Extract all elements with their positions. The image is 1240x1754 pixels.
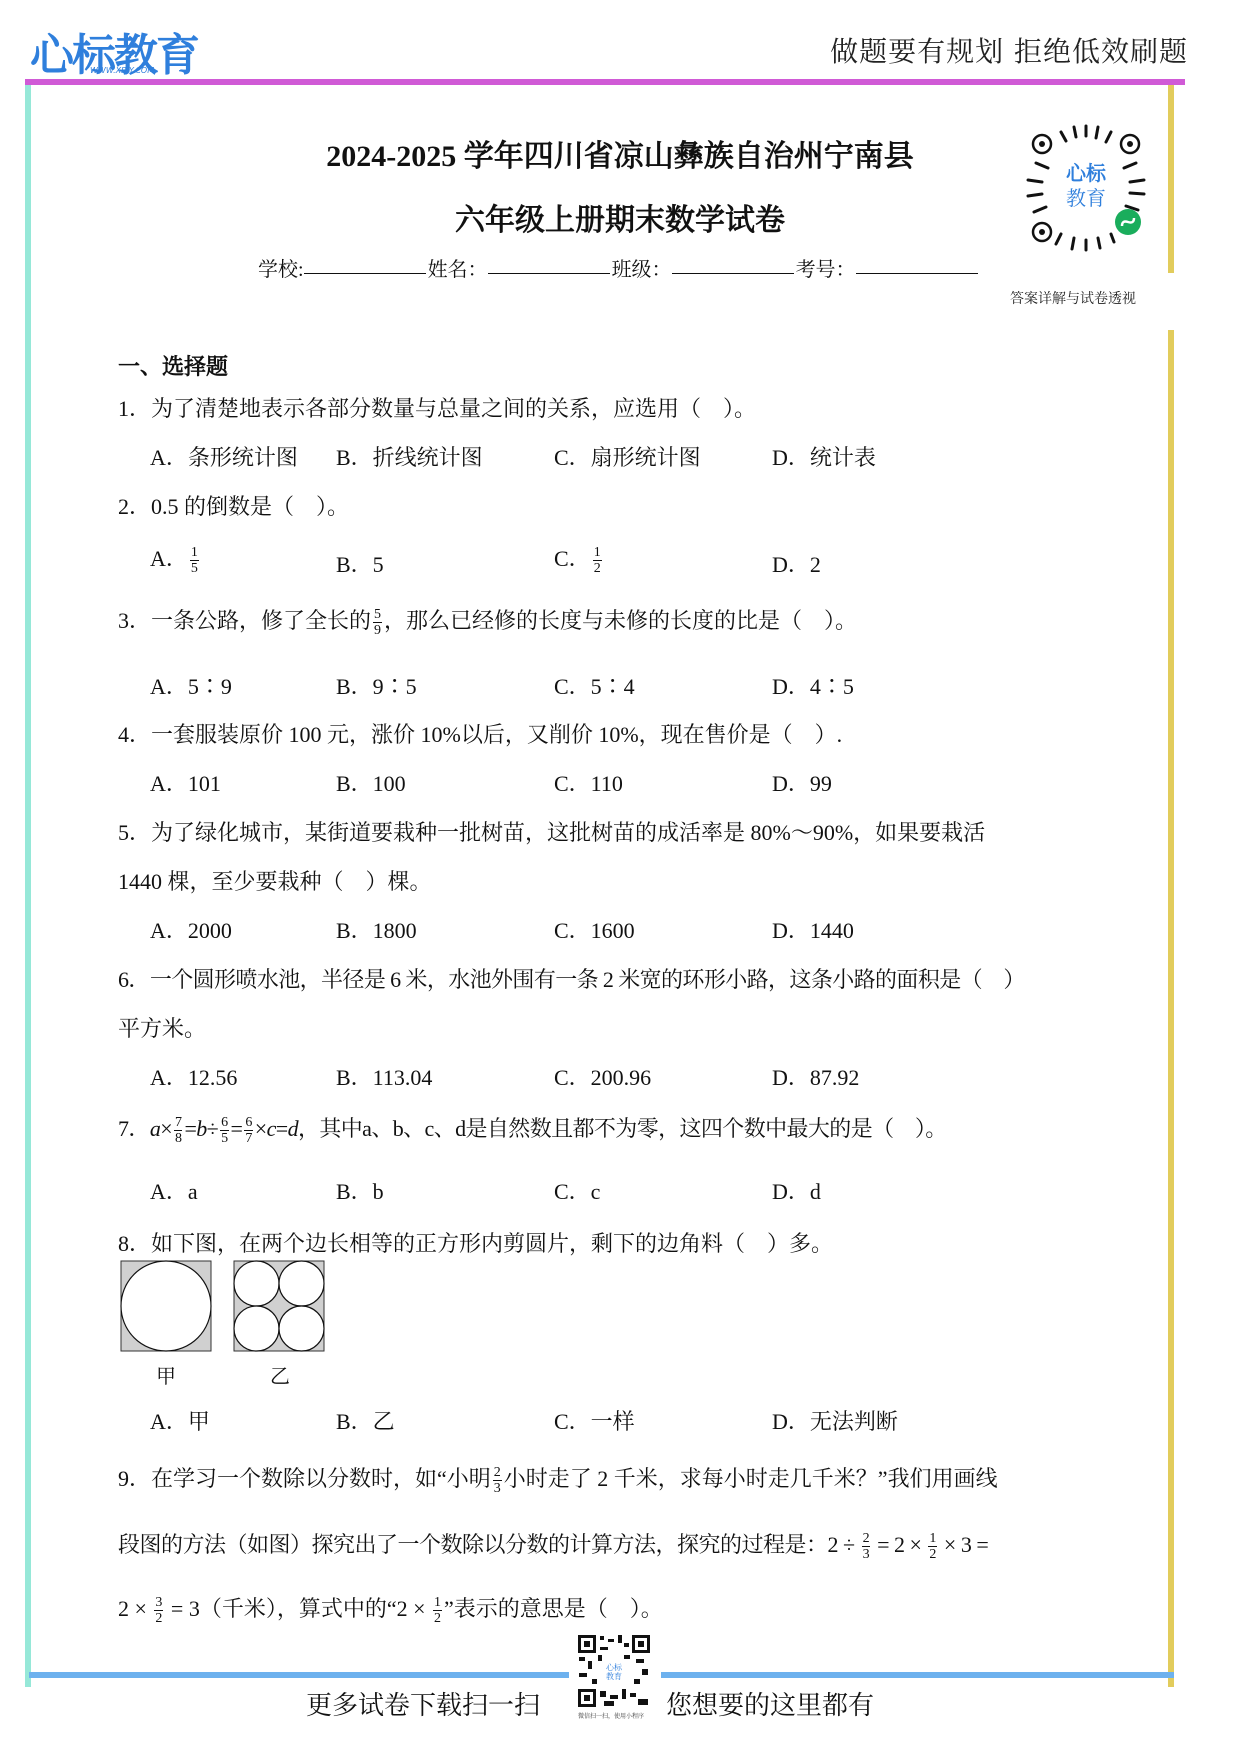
- question-8: 8．如下图，在两个边长相等的正方形内剪圆片，剩下的边角料（ ）多。: [118, 1227, 833, 1258]
- q8-option-a[interactable]: A．甲: [150, 1405, 210, 1436]
- numerator: 6: [220, 1115, 228, 1131]
- denominator: 3: [494, 1481, 501, 1496]
- equals-sign: =: [276, 1116, 288, 1141]
- right-border: [1168, 85, 1174, 273]
- fraction: 65: [220, 1115, 228, 1146]
- left-border: [25, 85, 31, 1687]
- q6-option-b[interactable]: B．113.04: [336, 1061, 432, 1092]
- svg-text:心标: 心标: [1066, 161, 1107, 185]
- fraction: 23: [862, 1531, 871, 1562]
- q2-option-c[interactable]: C．12: [554, 542, 604, 576]
- numerator: 3: [154, 1595, 163, 1611]
- question-4: 4．一套服装原价 100 元，涨价 10%以后，又削价 10%，现在售价是（ ）…: [118, 718, 842, 749]
- var-b: b: [196, 1116, 206, 1141]
- times-sign: ×: [255, 1116, 267, 1141]
- question-5: 5．为了绿化城市，某街道要栽种一批树苗，这批树苗的成活率是 80%～90%，如果…: [118, 816, 985, 847]
- var-d: d: [288, 1116, 298, 1141]
- question-number: 7．: [118, 1116, 150, 1141]
- question-text: ，其中a、b、c、d是自然数且都不为零，这四个数中最大的是（ ）。: [298, 1116, 947, 1141]
- question-text: ，那么已经修的长度与未修的长度的比是（ ）。: [384, 608, 857, 633]
- question-number: 4．: [118, 722, 151, 747]
- q7-option-b[interactable]: B．b: [336, 1175, 384, 1206]
- field-name-blank[interactable]: [488, 253, 610, 274]
- field-class-blank[interactable]: [672, 253, 794, 274]
- option-label: A．: [150, 546, 188, 571]
- question-text: 如下图，在两个边长相等的正方形内剪圆片，剩下的边角料（ ）多。: [151, 1231, 833, 1256]
- q7-option-d[interactable]: D．d: [772, 1175, 821, 1206]
- q5-option-b[interactable]: B．1800: [336, 914, 417, 945]
- numerator: 1: [928, 1531, 937, 1547]
- field-name-label: 姓名：: [428, 253, 488, 282]
- denominator: 2: [594, 561, 601, 576]
- question-text: 0.5 的倒数是（ ）。: [151, 494, 349, 519]
- times-sign: ×: [160, 1116, 172, 1141]
- q5-option-d[interactable]: D．1440: [772, 914, 854, 945]
- denominator: 5: [221, 1131, 227, 1146]
- q1-option-c[interactable]: C．扇形统计图: [554, 441, 701, 472]
- question-5-line2: 1440 棵，至少要栽种（ ）棵。: [118, 865, 432, 896]
- denominator: 8: [175, 1131, 181, 1146]
- question-text: × 3 =: [939, 1532, 988, 1557]
- download-qr-icon[interactable]: 心标 教育: [576, 1633, 652, 1709]
- svg-text:教育: 教育: [1066, 186, 1106, 210]
- q7-option-a[interactable]: A．a: [150, 1175, 198, 1206]
- numerator: 7: [174, 1115, 182, 1131]
- numerator: 2: [862, 1531, 871, 1547]
- brand-logo: 心标教育 WWW.XBJY.COM: [30, 26, 198, 78]
- question-6-line2: 平方米。: [118, 1012, 206, 1043]
- question-number: 8．: [118, 1231, 151, 1256]
- question-text: = 2 ×: [872, 1532, 926, 1557]
- qr-caption: 答案详解与试卷透视: [1010, 288, 1136, 308]
- numerator: 1: [433, 1595, 442, 1611]
- q4-option-a[interactable]: A．101: [150, 767, 221, 798]
- question-text: 一个圆形喷水池，半径是 6 米，水池外围有一条 2 米宽的环形小路，这条小路的面…: [150, 967, 1025, 992]
- q6-option-c[interactable]: C．200.96: [554, 1061, 651, 1092]
- q5-option-a[interactable]: A．2000: [150, 914, 232, 945]
- footer-right-text: 您想要的这里都有: [666, 1685, 874, 1722]
- denominator: 9: [374, 623, 381, 638]
- logo-url: WWW.XBJY.COM: [90, 66, 154, 75]
- question-number: 5．: [118, 820, 151, 845]
- q8-figure: 甲 乙: [120, 1260, 326, 1359]
- q6-option-a[interactable]: A．12.56: [150, 1061, 237, 1092]
- q1-option-b[interactable]: B．折线统计图: [336, 441, 483, 472]
- q3-option-d[interactable]: D．4∶5: [772, 670, 854, 701]
- var-a: a: [150, 1116, 160, 1141]
- question-text: 在学习一个数除以分数时，如“小明: [151, 1466, 491, 1491]
- question-number: 3．: [118, 608, 151, 633]
- figure-label-jia: 甲: [156, 1360, 176, 1389]
- question-number: 9．: [118, 1466, 151, 1491]
- option-label: C．: [554, 546, 591, 571]
- question-text: ”表示的意思是（ ）。: [444, 1596, 663, 1621]
- numerator: 1: [593, 545, 602, 561]
- right-border: [1168, 330, 1174, 1687]
- q4-option-b[interactable]: B．100: [336, 767, 406, 798]
- q2-option-a[interactable]: A．15: [150, 542, 201, 576]
- question-2: 2．0.5 的倒数是（ ）。: [118, 490, 349, 521]
- figure-label-yi: 乙: [270, 1360, 290, 1389]
- numerator: 1: [190, 545, 199, 561]
- var-c: c: [267, 1116, 276, 1141]
- q3-option-c[interactable]: C．5∶4: [554, 670, 635, 701]
- field-id-blank[interactable]: [856, 253, 978, 274]
- q2-option-d[interactable]: D．2: [772, 548, 821, 579]
- q1-option-a[interactable]: A．条形统计图: [150, 441, 298, 472]
- q5-option-c[interactable]: C．1600: [554, 914, 635, 945]
- q3-option-b[interactable]: B．9∶5: [336, 670, 417, 701]
- question-9-line3: 2 × 32 = 3（千米），算式中的“2 × 12”表示的意思是（ ）。: [118, 1592, 663, 1626]
- question-number: 2．: [118, 494, 151, 519]
- fraction: 12: [593, 545, 602, 576]
- student-info-fields: 学校: 姓名： 班级： 考号：: [258, 253, 980, 282]
- q8-option-d[interactable]: D．无法判断: [772, 1405, 898, 1436]
- denominator: 2: [155, 1611, 162, 1626]
- question-number: 1．: [118, 396, 151, 421]
- field-school-label: 学校:: [258, 253, 304, 282]
- q4-option-c[interactable]: C．110: [554, 767, 623, 798]
- q4-option-d[interactable]: D．99: [772, 767, 832, 798]
- question-text: 一条公路，修了全长的: [151, 608, 371, 633]
- fraction: 15: [190, 545, 199, 576]
- question-text: 段图的方法（如图）探究出了一个数除以分数的计算方法，探究的过程是：2 ÷: [118, 1532, 860, 1557]
- denominator: 5: [191, 561, 198, 576]
- svg-text:心标: 心标: [606, 1662, 623, 1672]
- fraction: 32: [154, 1595, 163, 1626]
- q8-option-b[interactable]: B．乙: [336, 1405, 395, 1436]
- equals-sign: =: [184, 1116, 196, 1141]
- fraction: 67: [244, 1115, 252, 1146]
- question-text: 小时走了 2 千米，求每小时走几千米？”我们用画线: [504, 1466, 998, 1491]
- numerator: 6: [244, 1115, 252, 1131]
- denominator: 3: [863, 1547, 870, 1562]
- footer-left-text: 更多试卷下载扫一扫: [306, 1685, 540, 1722]
- q1-option-d[interactable]: D．统计表: [772, 441, 876, 472]
- question-9: 9．在学习一个数除以分数时，如“小明23小时走了 2 千米，求每小时走几千米？”…: [118, 1462, 998, 1496]
- fraction: 59: [373, 607, 382, 638]
- q6-option-d[interactable]: D．87.92: [772, 1061, 859, 1092]
- q8-option-c[interactable]: C．一样: [554, 1405, 635, 1436]
- squares-circles-diagram: [120, 1260, 326, 1354]
- section-title: 一、选择题: [118, 350, 228, 381]
- denominator: 2: [434, 1611, 441, 1626]
- question-text: 一套服装原价 100 元，涨价 10%以后，又削价 10%，现在售价是（ ）.: [151, 722, 842, 747]
- fraction: 12: [433, 1595, 442, 1626]
- denominator: 2: [929, 1547, 936, 1562]
- q7-option-c[interactable]: C．c: [554, 1175, 600, 1206]
- question-6: 6．一个圆形喷水池，半径是 6 米，水池外围有一条 2 米宽的环形小路，这条小路…: [118, 963, 1025, 994]
- question-3: 3．一条公路，修了全长的59，那么已经修的长度与未修的长度的比是（ ）。: [118, 604, 857, 638]
- fraction: 78: [174, 1115, 182, 1146]
- field-id-label: 考号：: [796, 253, 856, 282]
- divide-sign: ÷: [207, 1116, 218, 1141]
- question-9-line2: 段图的方法（如图）探究出了一个数除以分数的计算方法，探究的过程是：2 ÷ 23 …: [118, 1528, 988, 1562]
- svg-text:教育: 教育: [606, 1671, 622, 1681]
- numerator: 2: [493, 1465, 502, 1481]
- question-number: 6．: [118, 967, 150, 992]
- denominator: 7: [245, 1131, 251, 1146]
- top-border: [25, 79, 1185, 85]
- question-text: 2 ×: [118, 1596, 152, 1621]
- question-1: 1．为了清楚地表示各部分数量与总量之间的关系，应选用（ ）。: [118, 392, 756, 423]
- q2-option-b[interactable]: B．5: [336, 548, 384, 579]
- footer-qr-caption: 微信扫一扫，使用小程序: [578, 1711, 644, 1720]
- fraction: 23: [493, 1465, 502, 1496]
- field-school-blank[interactable]: [304, 253, 426, 274]
- question-7: 7．a×78=b÷65=67×c=d，其中a、b、c、d是自然数且都不为零，这四…: [118, 1112, 947, 1146]
- miniapp-qr-icon[interactable]: 心标 教育: [1016, 118, 1156, 258]
- field-class-label: 班级：: [612, 253, 672, 282]
- q3-option-a[interactable]: A．5∶9: [150, 670, 232, 701]
- question-text: 为了清楚地表示各部分数量与总量之间的关系，应选用（ ）。: [151, 396, 756, 421]
- numerator: 5: [373, 607, 382, 623]
- question-text: 为了绿化城市，某街道要栽种一批树苗，这批树苗的成活率是 80%～90%，如果要栽…: [151, 820, 985, 845]
- fraction: 12: [928, 1531, 937, 1562]
- header-slogan: 做题要有规划 拒绝低效刷题: [830, 30, 1188, 70]
- question-text: = 3（千米），算式中的“2 ×: [165, 1596, 431, 1621]
- equals-sign: =: [231, 1116, 243, 1141]
